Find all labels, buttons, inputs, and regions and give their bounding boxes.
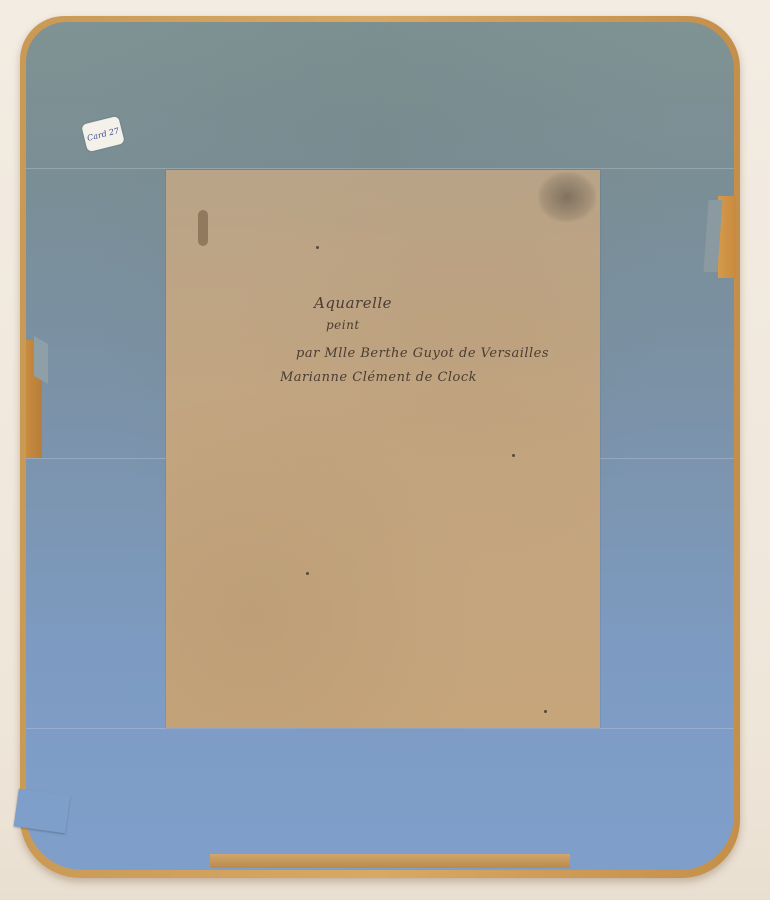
paper-spot (306, 572, 309, 575)
ink-stamp (538, 172, 596, 222)
paper-stain (198, 210, 208, 246)
left-torn-paper (34, 336, 48, 384)
paper-spot (316, 246, 319, 249)
inscription-subject: Marianne Clément de Clock (280, 370, 477, 385)
paper-spot (544, 710, 547, 713)
backing-seam-top (26, 168, 734, 169)
inscription-title: Aquarelle (314, 294, 392, 312)
brown-paper-sheet: Aquarelle peint par Mlle Berthe Guyot de… (166, 170, 600, 728)
bottom-exposed-wood (210, 854, 570, 868)
inscription-artist: par Mlle Berthe Guyot de Versailles (296, 346, 549, 361)
backing-seam-bottom (26, 728, 734, 729)
sticker-text: Card 27 (86, 126, 120, 143)
inscription-medium: peint (326, 318, 360, 332)
paper-spot (512, 454, 515, 457)
folded-paper-corner (14, 789, 71, 834)
